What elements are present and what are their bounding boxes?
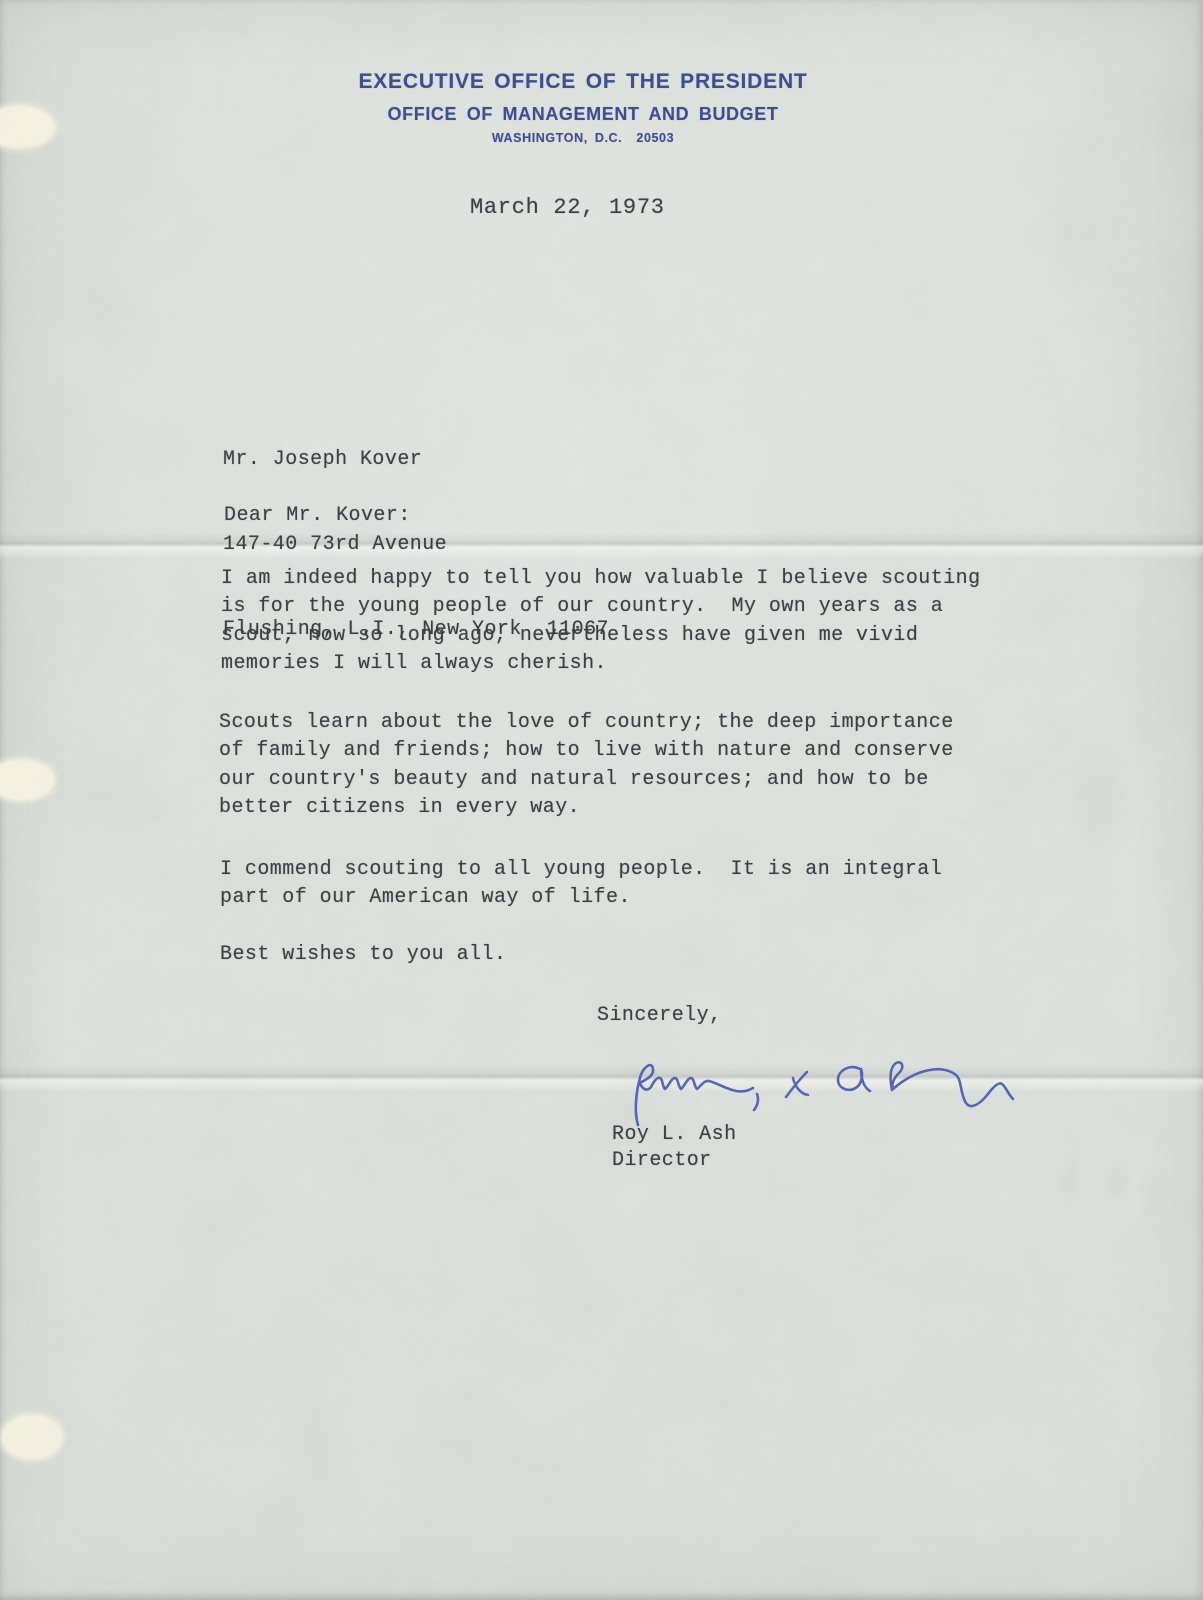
signer-title: Director xyxy=(612,1147,712,1175)
punch-hole-icon xyxy=(2,1415,62,1459)
body-paragraph-4: Best wishes to you all. xyxy=(220,941,506,969)
salutation: Dear Mr. Kover: xyxy=(224,502,411,530)
recipient-name: Mr. Joseph Kover xyxy=(223,446,609,474)
show-through-smudge xyxy=(1043,1124,1184,1247)
body-paragraph-1: I am indeed happy to tell you how valuab… xyxy=(221,565,981,679)
signature-stroke xyxy=(636,1065,753,1125)
signature-stroke xyxy=(838,1067,870,1091)
letterhead-line2: OFFICE OF MANAGEMENT AND BUDGET xyxy=(0,104,1166,125)
letterhead-line3: WASHINGTON, D.C. 20503 xyxy=(0,131,1166,145)
letter-date: March 22, 1973 xyxy=(470,194,665,222)
body-paragraph-2: Scouts learn about the love of country; … xyxy=(219,709,954,823)
body-paragraph-3: I commend scouting to all young people. … xyxy=(220,856,942,913)
signature-stroke xyxy=(754,1094,758,1110)
letterhead-line1: EXECUTIVE OFFICE OF THE PRESIDENT xyxy=(0,70,1166,94)
signer-name: Roy L. Ash xyxy=(612,1121,737,1149)
scanned-letter-page: EXECUTIVE OFFICE OF THE PRESIDENT OFFICE… xyxy=(0,0,1203,1600)
signature-stroke xyxy=(786,1072,808,1097)
signature-stroke xyxy=(891,1062,1013,1106)
punch-hole-icon xyxy=(0,760,54,800)
recipient-address-line1: 147-40 73rd Avenue xyxy=(223,531,609,559)
show-through-smudge xyxy=(1030,680,1180,940)
